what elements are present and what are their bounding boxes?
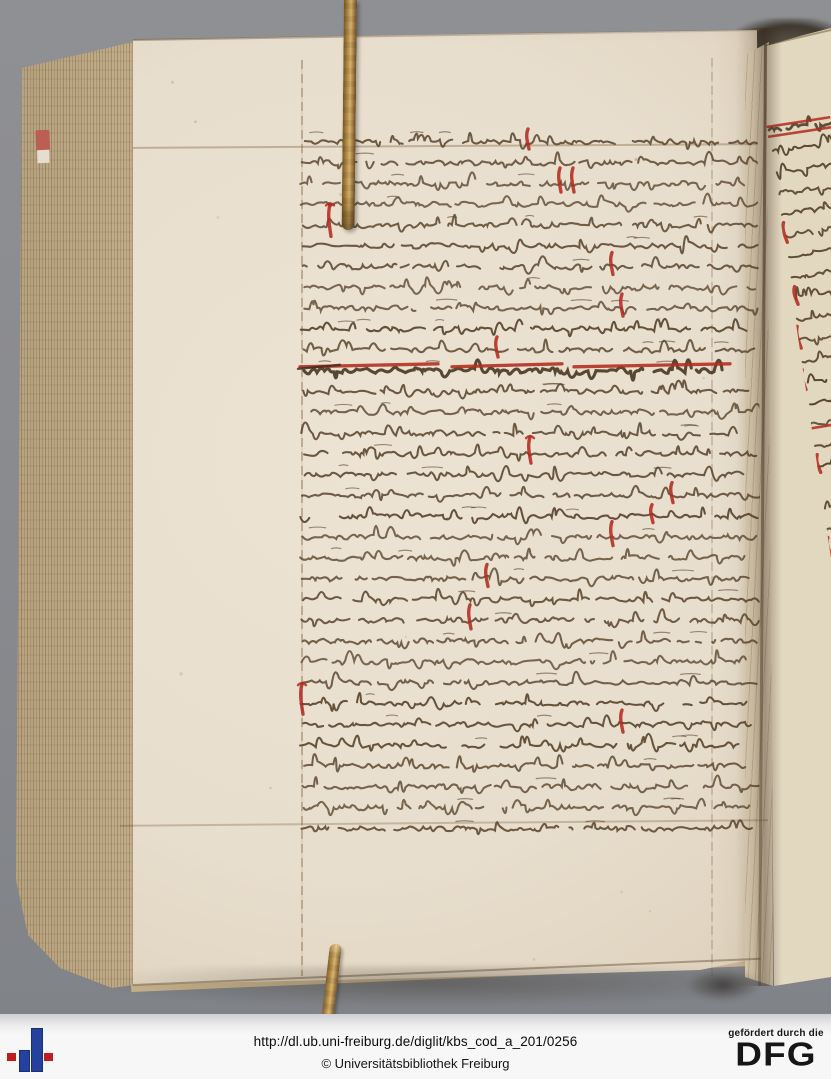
bookmark-stick-top [342,0,357,230]
ub-logo-red-square-right [44,1053,53,1061]
ruling-line-right-margin [711,58,713,976]
digitized-manuscript-scan: http://dl.ub.uni-freiburg.de/diglit/kbs_… [0,0,831,1079]
book-drop-shadow [90,966,780,1008]
gutter-shadow [736,28,784,986]
red-tab-paper-part [37,150,49,163]
red-tab-colored-part [35,130,50,150]
ub-logo-short-bar [19,1050,30,1072]
dfg-logo: DFG [721,1039,831,1070]
dfg-logo-block: gefördert durch die DFG [727,1028,825,1069]
gutter-foot-shadow [686,968,760,1002]
source-url: http://dl.ub.uni-freiburg.de/diglit/kbs_… [254,1034,578,1049]
copyright-notice: © Universitätsbibliothek Freiburg [254,1056,578,1071]
fore-edge-red-tab [35,130,50,164]
caption-footer-bar: http://dl.ub.uni-freiburg.de/diglit/kbs_… [0,1014,831,1079]
footer-caption: http://dl.ub.uni-freiburg.de/diglit/kbs_… [254,1034,578,1071]
ub-logo-tall-bar [31,1028,43,1072]
ub-logo-red-square-left [7,1053,16,1061]
ub-freiburg-logo-icon [0,1014,70,1079]
ruling-line-left-margin [301,60,303,976]
